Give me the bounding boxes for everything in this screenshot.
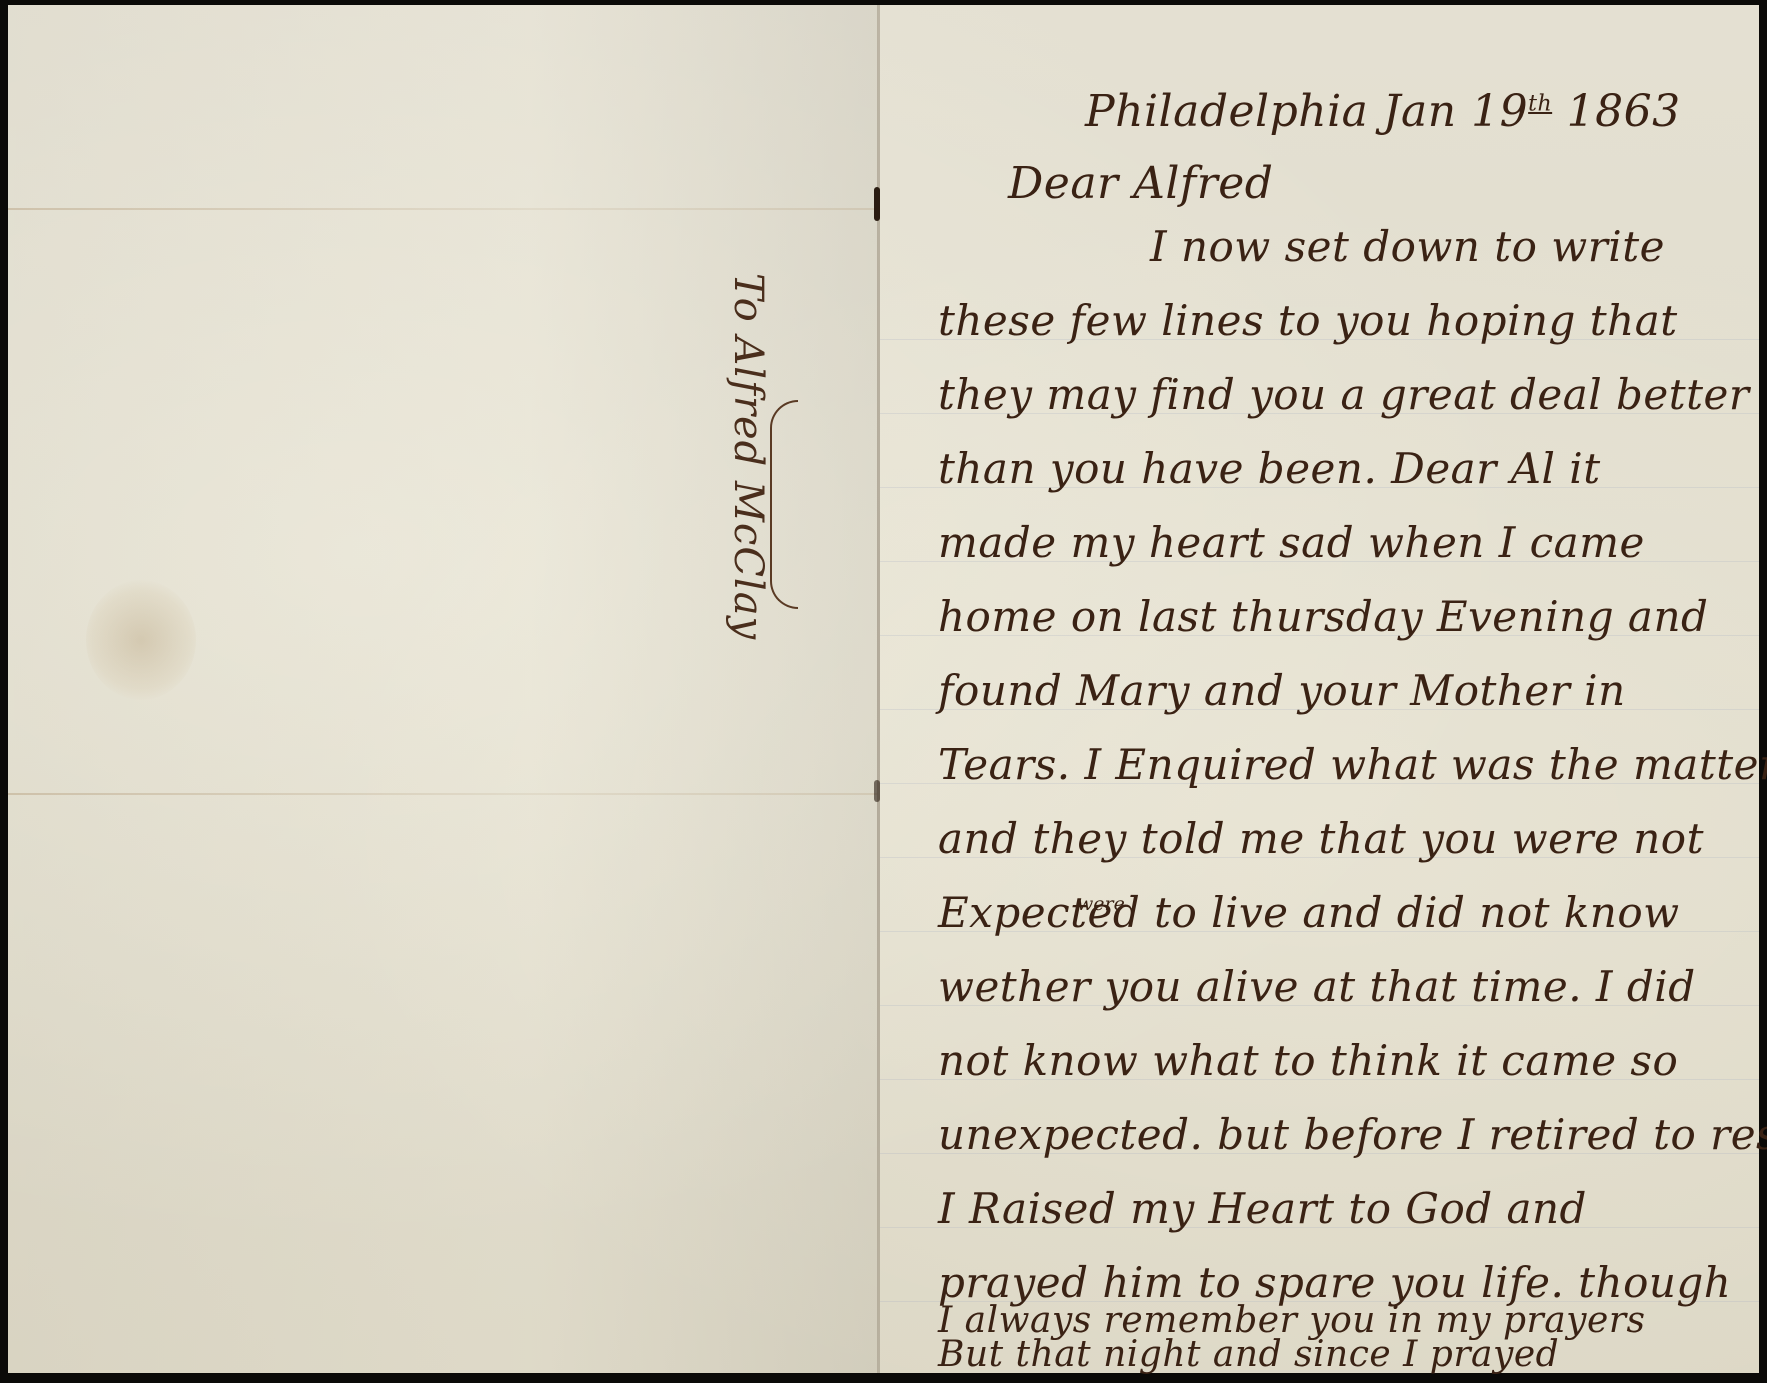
fold-crease [8, 208, 878, 210]
address-text: To Alfred McClay [725, 273, 771, 640]
dateline-year: 1863 [1567, 86, 1681, 137]
dateline-place: Philadelphia [1085, 86, 1368, 137]
letter-line: made my heart sad when I came [938, 518, 1645, 567]
letter-line: But that night and since I prayed [938, 1334, 1559, 1375]
letter-line: Tears. I Enquired what was the matter [938, 740, 1767, 789]
letter-line: I now set down to write [1150, 222, 1665, 271]
letter-line: I Raised my Heart to God and [938, 1184, 1587, 1233]
dateline-day: 19 [1471, 86, 1528, 137]
letter-line: and they told me that you were not [938, 814, 1704, 863]
letter-line: unexpected. but before I retired to rest [938, 1110, 1767, 1159]
dateline-month: Jan [1383, 86, 1457, 137]
letter-line: they may find you a great deal better [938, 370, 1749, 419]
letter-line: than you have been. Dear Al it [938, 444, 1601, 493]
letter-line: Expected to live and did not know [938, 888, 1680, 937]
salutation: Dear Alfred [1008, 158, 1273, 209]
letter-line: these few lines to you hoping that [938, 296, 1678, 345]
interlinear-insertion: were [1077, 893, 1125, 915]
letter-line: found Mary and your Mother in [938, 666, 1626, 715]
letter-line: home on last thursday Evening and [938, 592, 1708, 641]
letter-line: wether you alive at that time. I did [938, 962, 1696, 1011]
letter-line: not know what to think it came so [938, 1036, 1678, 1085]
fold-crease [8, 793, 878, 795]
foxing-stain [86, 580, 196, 700]
dateline: Philadelphia Jan 19th 1863 [1085, 86, 1681, 137]
dateline-day-suffix: th [1528, 91, 1552, 116]
left-page: To Alfred McClay [8, 5, 878, 1373]
address-flourish [770, 400, 798, 609]
